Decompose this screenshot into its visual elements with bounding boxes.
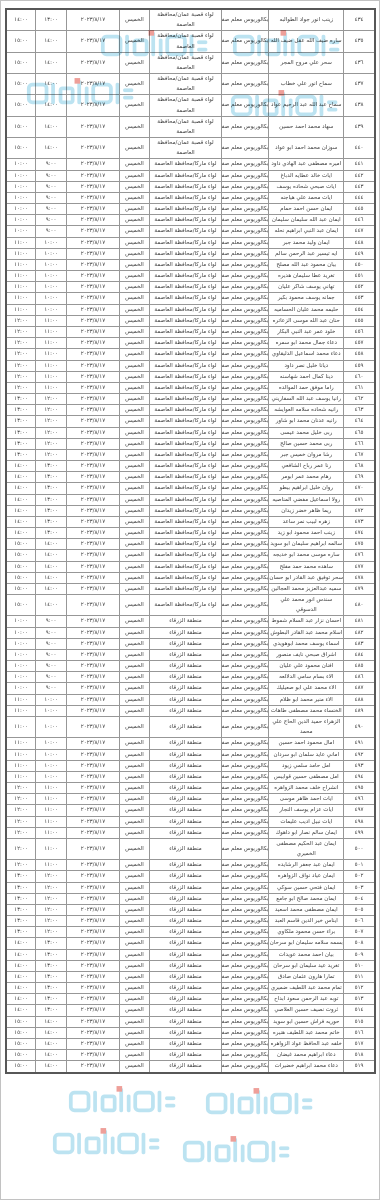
cell-candidate-name: تمارا هارون عثمان صادق <box>269 971 344 982</box>
cell-time-from: ١٤:٠٠ <box>35 52 66 73</box>
cell-day: الخميس <box>119 649 149 660</box>
table-row: ٤٣٥ ساره ضيف الله عقل ضيف الله بكالوريوس… <box>6 31 375 52</box>
cell-serial-number: ٤٧٢ <box>344 505 375 516</box>
cell-serial-number: ٥١٠ <box>344 960 375 971</box>
cell-qualification: بكالوريوس معلم صف <box>221 416 269 427</box>
cell-time-from: ٩:٠٠ <box>35 638 66 649</box>
cell-candidate-name: روان خليل ابراهيم بيطو <box>269 483 344 494</box>
cell-time-to: ١١:٠٠ <box>6 717 35 738</box>
table-row: ٤٤٥ ايمان حسن احمد حمام بكالوريوس معلم ص… <box>6 204 375 215</box>
cell-time-from: ١٤:٠٠ <box>35 95 66 116</box>
cell-qualification: بكالوريوس معلم صف <box>221 226 269 237</box>
cell-directorate: منطقة الزرقاء <box>150 683 222 694</box>
table-row: ٤٧٨ سحر توفيق عبد القادر ابو حسان بكالور… <box>6 572 375 583</box>
cell-serial-number: ٤٧٥ <box>344 539 375 550</box>
cell-date: ٢٠٢٣/٨/١٧ <box>67 717 120 738</box>
cell-time-from: ٩:٠٠ <box>35 181 66 192</box>
cell-directorate: منطقة الزرقاء <box>150 927 222 938</box>
cell-serial-number: ٤٤٠ <box>344 138 375 159</box>
cell-directorate: لواء ماركا/محافظة العاصمة <box>150 483 222 494</box>
cell-time-from: ١٣:٠٠ <box>35 9 66 31</box>
cell-qualification: بكالوريوس معلم صف <box>221 893 269 904</box>
cell-time-to: ١٤:٠٠ <box>6 483 35 494</box>
cell-serial-number: ٤٩٠ <box>344 717 375 738</box>
cell-directorate: منطقة الزرقاء <box>150 938 222 949</box>
cell-date: ٢٠٢٣/٨/١٧ <box>67 616 120 627</box>
cell-candidate-name: اميره مصطفى عبد الهادي داود <box>269 159 344 170</box>
cell-qualification: بكالوريوس معلم صف <box>221 74 269 95</box>
table-row: ٥١١ تمارا هارون عثمان صادق بكالوريوس معل… <box>6 971 375 982</box>
cell-directorate: لواء ماركا/محافظة العاصمة <box>150 248 222 259</box>
table-row: ٤٥١ تغريد عطا سليمان هديره بكالوريوس معل… <box>6 271 375 282</box>
cell-qualification: بكالوريوس معلم صف <box>221 505 269 516</box>
cell-time-from: ١١:٠٠ <box>35 371 66 382</box>
cell-day: الخميس <box>119 694 149 705</box>
cell-date: ٢٠٢٣/٨/١٧ <box>67 52 120 73</box>
cell-time-from: ١٤:٠٠ <box>35 1027 66 1038</box>
cell-time-to: ١١:٠٠ <box>6 694 35 705</box>
cell-qualification: بكالوريوس معلم صف <box>221 304 269 315</box>
cell-serial-number: ٤٦٥ <box>344 427 375 438</box>
cell-time-from: ١٣:٠٠ <box>35 483 66 494</box>
cell-date: ٢٠٢٣/٨/١٧ <box>67 293 120 304</box>
cell-candidate-name: سماح انور علي خطاب <box>269 74 344 95</box>
cell-directorate: لواء ماركا/محافظة العاصمة <box>150 550 222 561</box>
cell-day: الخميس <box>119 760 149 771</box>
cell-directorate: لواء قصبة عمان/محافظة العاصمة <box>150 116 222 137</box>
cell-candidate-name: سحر توفيق عبد القادر ابو حسان <box>269 572 344 583</box>
cell-serial-number: ٤٤٤ <box>344 192 375 203</box>
cell-day: الخميس <box>119 983 149 994</box>
cell-date: ٢٠٢٣/٨/١٧ <box>67 483 120 494</box>
table-row: ٥١٢ تمام محمد عبد اللطيف ضميري بكالوريوس… <box>6 983 375 994</box>
table-row: ٤٥٦ خلود عمر عبد النبي البكار بكالوريوس … <box>6 326 375 337</box>
cell-time-from: ١٢:٠٠ <box>35 893 66 904</box>
cell-serial-number: ٤٦٤ <box>344 416 375 427</box>
cell-time-to: ١٥:٠٠ <box>6 1016 35 1027</box>
cell-candidate-name: ايات صبحي شحاده يوسف <box>269 181 344 192</box>
cell-date: ٢٠٢٣/٨/١٧ <box>67 248 120 259</box>
cell-qualification: بكالوريوس معلم صف <box>221 293 269 304</box>
cell-qualification: بكالوريوس معلم صف <box>221 427 269 438</box>
cell-directorate: منطقة الزرقاء <box>150 960 222 971</box>
cell-candidate-name: سالمه ابراهيم سليمان ابو سويد <box>269 539 344 550</box>
cell-time-to: ١٤:٠٠ <box>6 983 35 994</box>
cell-time-to: ١٤:٠٠ <box>6 971 35 982</box>
cell-day: الخميس <box>119 994 149 1005</box>
cell-qualification: بكالوريوس معلم صف <box>221 994 269 1005</box>
cell-day: الخميس <box>119 572 149 583</box>
cell-day: الخميس <box>119 683 149 694</box>
table-row: ٤٣٨ سماح عبد الله عبد الرحيم عواد بكالور… <box>6 95 375 116</box>
cell-directorate: لواء ماركا/محافظة العاصمة <box>150 449 222 460</box>
cell-date: ٢٠٢٣/٨/١٧ <box>67 360 120 371</box>
cell-date: ٢٠٢٣/٨/١٧ <box>67 550 120 561</box>
cell-date: ٢٠٢٣/٨/١٧ <box>67 449 120 460</box>
cell-directorate: لواء ماركا/محافظة العاصمة <box>150 516 222 527</box>
cell-candidate-name: تمام محمد عبد اللطيف ضميري <box>269 983 344 994</box>
table-row: ٤٧٦ ساره موسى محمد ابو خديجه بكالوريوس م… <box>6 550 375 561</box>
cell-time-to: ١١:٠٠ <box>6 248 35 259</box>
cell-qualification: بكالوريوس معلم صف <box>221 371 269 382</box>
cell-date: ٢٠٢٣/٨/١٧ <box>67 1027 120 1038</box>
cell-date: ٢٠٢٣/٨/١٧ <box>67 771 120 782</box>
cell-serial-number: ٤٨٦ <box>344 672 375 683</box>
cell-day: الخميس <box>119 1027 149 1038</box>
cell-qualification: بكالوريوس معلم صف <box>221 394 269 405</box>
cell-candidate-name: ديانا خليل نصر داود <box>269 360 344 371</box>
cell-candidate-name: تغريد عيد سليمان ابو سرحان <box>269 960 344 971</box>
cell-date: ٢٠٢٣/٨/١٧ <box>67 1050 120 1061</box>
cell-time-to: ١٢:٠٠ <box>6 827 35 838</box>
cell-candidate-name: اسماء يوسف محمد ابوهويدي <box>269 638 344 649</box>
cell-qualification: بكالوريوس معلم صف <box>221 783 269 794</box>
cell-time-to: ١٢:٠٠ <box>6 783 35 794</box>
cell-serial-number: ٤٧٣ <box>344 516 375 527</box>
cell-directorate: منطقة الزرقاء <box>150 661 222 672</box>
table-row: ٥٠٢ ايمان عياد نواف الزواهره بكالوريوس م… <box>6 871 375 882</box>
table-row: ٥٠٦ ايناس خير الدين قاسم العبد بكالوريوس… <box>6 916 375 927</box>
cell-directorate: لواء ماركا/محافظة العاصمة <box>150 394 222 405</box>
cell-serial-number: ٤٩٣ <box>344 760 375 771</box>
cell-qualification: بكالوريوس معلم صف <box>221 938 269 949</box>
cell-day: الخميس <box>119 717 149 738</box>
cell-serial-number: ٤٣٩ <box>344 116 375 137</box>
cell-directorate: لواء قصبة عمان/محافظة العاصمة <box>150 31 222 52</box>
cell-qualification: بكالوريوس معلم صف <box>221 672 269 683</box>
cell-candidate-name: سوزان محمد احمد ابو عواد <box>269 138 344 159</box>
cell-directorate: لواء ماركا/محافظة العاصمة <box>150 371 222 382</box>
cell-day: الخميس <box>119 74 149 95</box>
cell-qualification: بكالوريوس معلم صف <box>221 259 269 270</box>
cell-time-from: ١١:٠٠ <box>35 838 66 859</box>
cell-directorate: منطقة الزرقاء <box>150 994 222 1005</box>
cell-time-from: ١٤:٠٠ <box>35 1016 66 1027</box>
cell-qualification: بكالوريوس معلم صف <box>221 338 269 349</box>
cell-time-to: ١٣:٠٠ <box>6 904 35 915</box>
cell-time-to: ١٥:٠٠ <box>6 1050 35 1061</box>
table-row: ٥٠٤ ايمان محمد صالح ابو جامع بكالوريوس م… <box>6 893 375 904</box>
cell-directorate: منطقة الزرقاء <box>150 1038 222 1049</box>
cell-date: ٢٠٢٣/٨/١٧ <box>67 960 120 971</box>
cell-directorate: منطقة الزرقاء <box>150 916 222 927</box>
cell-time-from: ١٠:٠٠ <box>35 749 66 760</box>
cell-day: الخميس <box>119 427 149 438</box>
cell-time-from: ١٠:٠٠ <box>35 271 66 282</box>
watermark-logo <box>205 1088 317 1118</box>
cell-time-to: ١٥:٠٠ <box>6 539 35 550</box>
cell-time-to: ١٠:٠٠ <box>6 616 35 627</box>
cell-day: الخميس <box>119 595 149 616</box>
cell-qualification: بكالوريوس معلم صف <box>221 717 269 738</box>
cell-directorate: لواء ماركا/محافظة العاصمة <box>150 461 222 472</box>
cell-day: الخميس <box>119 226 149 237</box>
cell-candidate-name: سندس انور محمد علي الدسوقي <box>269 595 344 616</box>
table-row: ٤٥٨ دعاء محمد اسماعيل الدليقاوي بكالوريو… <box>6 349 375 360</box>
cell-candidate-name: اشراق صبحي نايف منصور <box>269 649 344 660</box>
cell-day: الخميس <box>119 52 149 73</box>
cell-directorate: لواء قصبة عمان/محافظة العاصمة <box>150 52 222 73</box>
cell-candidate-name: خلود عمر عبد النبي البكار <box>269 326 344 337</box>
cell-time-to: ١٥:٠٠ <box>6 1027 35 1038</box>
cell-date: ٢٠٢٣/٨/١٧ <box>67 783 120 794</box>
cell-time-from: ٩:٠٠ <box>35 616 66 627</box>
cell-serial-number: ٥١١ <box>344 971 375 982</box>
cell-day: الخميس <box>119 561 149 572</box>
cell-time-to: ١٠:٠٠ <box>6 226 35 237</box>
cell-time-from: ١١:٠٠ <box>35 360 66 371</box>
cell-candidate-name: حليمه محمد عليان الحساميه <box>269 304 344 315</box>
table-row: ٥١٦ خاتم محمد عبد اللطيف هنيره بكالوريوس… <box>6 1027 375 1038</box>
cell-directorate: لواء ماركا/محافظة العاصمة <box>150 237 222 248</box>
cell-directorate: لواء ماركا/محافظة العاصمة <box>150 472 222 483</box>
cell-directorate: لواء ماركا/محافظة العاصمة <box>150 528 222 539</box>
cell-directorate: لواء ماركا/محافظة العاصمة <box>150 204 222 215</box>
cell-directorate: منطقة الزرقاء <box>150 827 222 838</box>
cell-time-to: ١٠:٠٠ <box>6 204 35 215</box>
cell-time-from: ١١:٠٠ <box>35 816 66 827</box>
cell-time-to: ١٣:٠٠ <box>6 871 35 882</box>
cell-date: ٢٠٢٣/٨/١٧ <box>67 1061 120 1073</box>
cell-directorate: لواء قصبة عمان/محافظة العاصمة <box>150 138 222 159</box>
interview-schedule-table: ٤٣٤ زينب انور جواد الطوالبه بكالوريوس مع… <box>5 8 376 1074</box>
cell-time-to: ١٣:٠٠ <box>6 893 35 904</box>
cell-candidate-name: ايمان حسن احمد حمام <box>269 204 344 215</box>
cell-date: ٢٠٢٣/٨/١٧ <box>67 116 120 137</box>
cell-directorate: منطقة الزرقاء <box>150 771 222 782</box>
cell-day: الخميس <box>119 539 149 550</box>
cell-time-to: ١٠:٠٠ <box>6 661 35 672</box>
table-row: ٥٠٣ ايمان فتحي حسين سوكي بكالوريوس معلم … <box>6 882 375 893</box>
cell-time-from: ١٠:٠٠ <box>35 304 66 315</box>
cell-date: ٢٠٢٣/٨/١٧ <box>67 627 120 638</box>
cell-time-from: ١١:٠٠ <box>35 794 66 805</box>
cell-serial-number: ٤٤٦ <box>344 215 375 226</box>
cell-day: الخميس <box>119 349 149 360</box>
cell-time-from: ١٤:٠٠ <box>35 138 66 159</box>
cell-qualification: بكالوريوس معلم صف <box>221 1061 269 1073</box>
cell-day: الخميس <box>119 638 149 649</box>
cell-time-to: ١٠:٠٠ <box>6 649 35 660</box>
cell-time-to: ١٠:٠٠ <box>6 215 35 226</box>
cell-directorate: منطقة الزرقاء <box>150 1061 222 1073</box>
cell-time-from: ١٢:٠٠ <box>35 427 66 438</box>
cell-date: ٢٠٢٣/٨/١٧ <box>67 31 120 52</box>
cell-date: ٢٠٢٣/٨/١٧ <box>67 882 120 893</box>
cell-date: ٢٠٢٣/٨/١٧ <box>67 561 120 572</box>
cell-time-to: ١٤:٠٠ <box>6 938 35 949</box>
cell-directorate: لواء ماركا/محافظة العاصمة <box>150 583 222 594</box>
cell-date: ٢٠٢٣/٨/١٧ <box>67 1005 120 1016</box>
cell-candidate-name: الاء بسام سامي الدلالعه <box>269 672 344 683</box>
table-row: ٤٤٩ ايه تيسير عبد الرحمن سالم بكالوريوس … <box>6 248 375 259</box>
cell-qualification: بكالوريوس معلم صف <box>221 170 269 181</box>
table-row: ٤٣٤ زينب انور جواد الطوالبه بكالوريوس مع… <box>6 9 375 31</box>
cell-serial-number: ٤٩٧ <box>344 805 375 816</box>
table-row: ٤٩٥ انشراح خلف محمد الزواهره بكالوريوس م… <box>6 783 375 794</box>
cell-candidate-name: ايه تيسير عبد الرحمن سالم <box>269 248 344 259</box>
cell-date: ٢٠٢٣/٨/١٧ <box>67 983 120 994</box>
cell-candidate-name: ساره ضيف الله عقل ضيف الله <box>269 31 344 52</box>
cell-date: ٢٠٢٣/٨/١٧ <box>67 649 120 660</box>
cell-qualification: بكالوريوس معلم صف <box>221 326 269 337</box>
cell-candidate-name: ربى خليل محمد عيسى <box>269 427 344 438</box>
table-row: ٤٤٤ ايات محمد علي هياجنه بكالوريوس معلم … <box>6 192 375 203</box>
cell-date: ٢٠٢٣/٨/١٧ <box>67 738 120 749</box>
table-row: ٤٦٢ رانيا يوسف عبد الله السفاريني بكالور… <box>6 394 375 405</box>
table-row: ٤٨٨ الاء منير محمد ابو ظلام بكالوريوس مع… <box>6 694 375 705</box>
cell-day: الخميس <box>119 138 149 159</box>
cell-day: الخميس <box>119 938 149 949</box>
cell-date: ٢٠٢٣/٨/١٧ <box>67 326 120 337</box>
cell-directorate: لواء ماركا/محافظة العاصمة <box>150 192 222 203</box>
cell-time-from: ١٤:٠٠ <box>35 595 66 616</box>
cell-qualification: بكالوريوس معلم صف <box>221 461 269 472</box>
cell-day: الخميس <box>119 705 149 716</box>
cell-time-to: ١٥:٠٠ <box>6 550 35 561</box>
cell-qualification: بكالوريوس معلم صف <box>221 181 269 192</box>
cell-directorate: منطقة الزرقاء <box>150 805 222 816</box>
cell-time-from: ١٤:٠٠ <box>35 539 66 550</box>
cell-time-from: ١٤:٠٠ <box>35 1050 66 1061</box>
cell-time-from: ١٣:٠٠ <box>35 960 66 971</box>
cell-date: ٢٠٢٣/٨/١٧ <box>67 904 120 915</box>
cell-candidate-name: ايمان عبد جعفر الرشايده <box>269 860 344 871</box>
cell-serial-number: ٤٧٠ <box>344 483 375 494</box>
cell-day: الخميس <box>119 738 149 749</box>
cell-candidate-name: الاء منير محمد ابو ظلام <box>269 694 344 705</box>
cell-date: ٢٠٢٣/٨/١٧ <box>67 9 120 31</box>
cell-qualification: بكالوريوس معلم صف <box>221 438 269 449</box>
scanned-schedule-page: ٤٣٤ زينب انور جواد الطوالبه بكالوريوس مع… <box>0 0 380 1200</box>
cell-time-from: ١٠:٠٠ <box>35 705 66 716</box>
cell-qualification: بكالوريوس معلم صف <box>221 572 269 583</box>
cell-time-to: ١٥:٠٠ <box>6 138 35 159</box>
cell-time-from: ١٣:٠٠ <box>35 494 66 505</box>
table-row: ٤٨٦ الاء بسام سامي الدلالعه بكالوريوس مع… <box>6 672 375 683</box>
cell-time-from: ١١:٠٠ <box>35 326 66 337</box>
cell-qualification: بكالوريوس معلم صف <box>221 949 269 960</box>
cell-date: ٢٠٢٣/٨/١٧ <box>67 827 120 838</box>
cell-serial-number: ٤٧٤ <box>344 528 375 539</box>
table-row: ٤٦٨ رنا عمر رباح الشافعي بكالوريوس معلم … <box>6 461 375 472</box>
cell-directorate: لواء ماركا/محافظة العاصمة <box>150 338 222 349</box>
cell-serial-number: ٤٨٥ <box>344 661 375 672</box>
cell-candidate-name: ايات محمد علي هياجنه <box>269 192 344 203</box>
table-row: ٤٥٧ دعاء جمال محمد ابو سمره بكالوريوس مع… <box>6 338 375 349</box>
cell-candidate-name: ايمان محمد صالح ابو جامع <box>269 893 344 904</box>
cell-directorate: لواء ماركا/محافظة العاصمة <box>150 416 222 427</box>
table-row: ٤٥٠ بيان محمود عبد الله مصلح بكالوريوس م… <box>6 259 375 270</box>
table-row: ٥١٧ خلفه عبد الحافظ عواد الزواهره بكالور… <box>6 1038 375 1049</box>
table-row: ٤٨٠ سندس انور محمد علي الدسوقي بكالوريوس… <box>6 595 375 616</box>
cell-time-to: ١١:٠٠ <box>6 259 35 270</box>
cell-day: الخميس <box>119 971 149 982</box>
table-row: ٤٨٥ افنان محمود علي عليان بكالوريوس معلم… <box>6 661 375 672</box>
cell-candidate-name: انشراح خلف محمد الزواهره <box>269 783 344 794</box>
cell-serial-number: ٥١٩ <box>344 1061 375 1073</box>
cell-time-to: ١٥:٠٠ <box>6 95 35 116</box>
cell-directorate: منطقة الزرقاء <box>150 1027 222 1038</box>
cell-date: ٢٠٢٣/٨/١٧ <box>67 259 120 270</box>
cell-qualification: بكالوريوس معلم صف <box>221 1050 269 1061</box>
cell-serial-number: ٤٥١ <box>344 271 375 282</box>
cell-time-from: ١٠:٠٠ <box>35 259 66 270</box>
cell-serial-number: ٤٤٧ <box>344 226 375 237</box>
cell-candidate-name: بسمه سلامه سليمان ابو سرحان <box>269 938 344 949</box>
cell-serial-number: ٥١٢ <box>344 983 375 994</box>
cell-date: ٢٠٢٣/٨/١٧ <box>67 583 120 594</box>
cell-time-to: ١٥:٠٠ <box>6 74 35 95</box>
cell-serial-number: ٥١٣ <box>344 994 375 1005</box>
cell-candidate-name: دعاء جمال محمد ابو سمره <box>269 338 344 349</box>
cell-time-from: ١٣:٠٠ <box>35 505 66 516</box>
cell-serial-number: ٤٩٥ <box>344 783 375 794</box>
cell-serial-number: ٤٥٨ <box>344 349 375 360</box>
cell-time-to: ١٤:٠٠ <box>6 9 35 31</box>
cell-time-to: ١٤:٠٠ <box>6 1005 35 1016</box>
cell-time-from: ٩:٠٠ <box>35 204 66 215</box>
cell-time-from: ١٤:٠٠ <box>35 1061 66 1073</box>
cell-candidate-name: ايات عزام يوسف النجار <box>269 805 344 816</box>
cell-qualification: بكالوريوس معلم صف <box>221 116 269 137</box>
cell-directorate: منطقة الزرقاء <box>150 638 222 649</box>
cell-time-from: ١٣:٠٠ <box>35 938 66 949</box>
cell-candidate-name: ايمان عبد النبي ابراهيم نحله <box>269 226 344 237</box>
cell-day: الخميس <box>119 405 149 416</box>
cell-qualification: بكالوريوس معلم صف <box>221 749 269 760</box>
table-row: ٤٨٣ اسماء يوسف محمد ابوهويدي بكالوريوس م… <box>6 638 375 649</box>
cell-serial-number: ٥١٤ <box>344 1005 375 1016</box>
cell-candidate-name: رولا اسماعيل مفضي المناصيه <box>269 494 344 505</box>
cell-time-to: ١٣:٠٠ <box>6 405 35 416</box>
cell-qualification: بكالوريوس معلم صف <box>221 382 269 393</box>
cell-date: ٢٠٢٣/٨/١٧ <box>67 516 120 527</box>
cell-candidate-name: تغريد عطا سليمان هديره <box>269 271 344 282</box>
cell-time-to: ١٠:٠٠ <box>6 627 35 638</box>
cell-time-from: ١٣:٠٠ <box>35 461 66 472</box>
table-row: ٤٣٦ سحر علي مروح المجر بكالوريوس معلم صف… <box>6 52 375 73</box>
cell-candidate-name: الزهراء حميد الدين الحاج علي محمد <box>269 717 344 738</box>
cell-time-from: ١١:٠٠ <box>35 382 66 393</box>
cell-candidate-name: امل مصطفى حسين قوابيس <box>269 771 344 782</box>
cell-time-from: ١٢:٠٠ <box>35 871 66 882</box>
cell-qualification: بكالوريوس معلم صف <box>221 494 269 505</box>
cell-serial-number: ٤٣٨ <box>344 95 375 116</box>
cell-date: ٢٠٢٣/٨/١٧ <box>67 838 120 859</box>
cell-candidate-name: دعاء محمد ابراهيم خضيرات <box>269 1061 344 1073</box>
table-row: ٤٩٧ ايات عزام يوسف النجار بكالوريوس معلم… <box>6 805 375 816</box>
cell-serial-number: ٤٣٧ <box>344 74 375 95</box>
cell-day: الخميس <box>119 338 149 349</box>
cell-qualification: بكالوريوس معلم صف <box>221 760 269 771</box>
cell-serial-number: ٤٥٩ <box>344 360 375 371</box>
table-row: ٤٨٤ اشراق صبحي نايف منصور بكالوريوس معلم… <box>6 649 375 660</box>
cell-time-to: ١٢:٠٠ <box>6 794 35 805</box>
cell-candidate-name: دينا كمال احمد شهاسنه <box>269 371 344 382</box>
cell-qualification: بكالوريوس معلم صف <box>221 583 269 594</box>
cell-serial-number: ٤٤٢ <box>344 170 375 181</box>
cell-directorate: منطقة الزرقاء <box>150 904 222 915</box>
cell-day: الخميس <box>119 304 149 315</box>
cell-candidate-name: امال محمود احمد حسين <box>269 738 344 749</box>
cell-serial-number: ٥١٧ <box>344 1038 375 1049</box>
cell-serial-number: ٤٦٢ <box>344 394 375 405</box>
cell-qualification: بكالوريوس معلم صف <box>221 916 269 927</box>
cell-directorate: لواء ماركا/محافظة العاصمة <box>150 170 222 181</box>
cell-time-to: ١٢:٠٠ <box>6 805 35 816</box>
cell-date: ٢٠٢٣/٨/١٧ <box>67 871 120 882</box>
